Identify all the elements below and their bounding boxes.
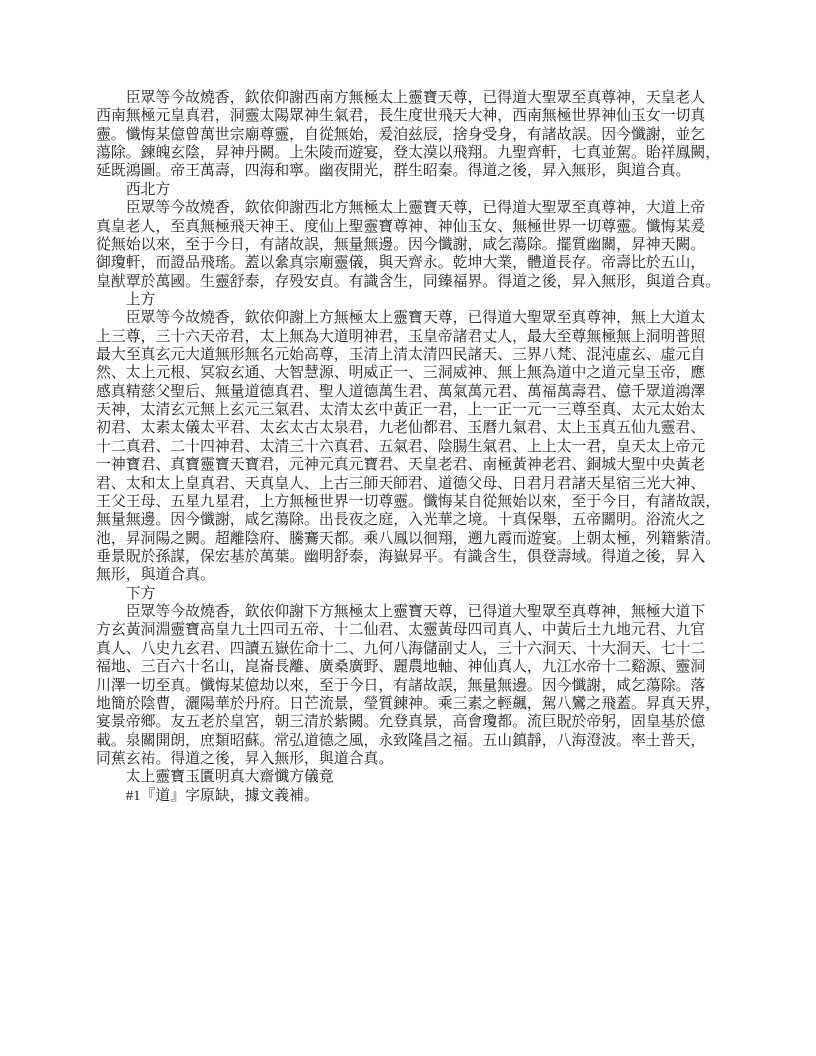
text-line: 王父王母、五星九星君，上方無極世界一切尊靈。懺悔某自從無始以來，至于今日，有諸故… bbox=[96, 493, 720, 511]
text-line: 垂景貺於孫謀，保宏基於萬葉。幽明舒泰，海嶽昇平。有識含生，俱登壽域。得道之後，昇… bbox=[96, 548, 720, 566]
document-text: 臣眾等今故燒香，欽依仰謝西南方無極太上靈寶天尊，已得道大聖眾至真尊神，天皇老人西… bbox=[96, 89, 720, 805]
text-line: 無形，與道合真。 bbox=[96, 566, 720, 584]
text-line: 君、太和太上皇真君、天真皇人、上古三師天師君、道德父母、日君月君諸天星宿三光大神… bbox=[96, 475, 720, 493]
text-line: 蕩除。鍊魄玄陰，昇神丹闕。上朱陵而遊宴，登太漠以飛翔。九聖齊軒，七真並駕。貽祥鳳… bbox=[96, 144, 720, 162]
text-line: 載。泉關開朗，庶類昭蘇。常弘道德之風，永致隆昌之福。五山鎮靜，八海澄波。率土普天… bbox=[96, 732, 720, 750]
text-line: 初君、太素太儀太平君、太玄太古太泉君，九老仙都君、玉曆九氣君、太上玉真五仙九靈君… bbox=[96, 419, 720, 437]
text-line: 川澤一切至真。懺悔某億劫以來，至于今日，有諸故誤，無量無邊。因今懺謝，咸乞蕩除。… bbox=[96, 677, 720, 695]
text-line: 宴景帝鄉。友五老於皇宮，朝三清於紫闕。允登真景，高會瓊都。流巨貺於帝躬，固皇基於… bbox=[96, 713, 720, 731]
document-page: 臣眾等今故燒香，欽依仰謝西南方無極太上靈寶天尊，已得道大聖眾至真尊神，天皇老人西… bbox=[0, 0, 816, 1056]
text-line: 御瓊軒，而證品飛瑤。蓋以絫真宗廟靈儀，與天齊永。乾坤大業，體道長存。帝壽比於五山… bbox=[96, 254, 720, 272]
text-line: 臣眾等今故燒香，欽依仰謝西南方無極太上靈寶天尊，已得道大聖眾至真尊神，天皇老人 bbox=[96, 89, 720, 107]
text-line: 從無始以來，至于今日，有諸故誤，無量無邊。因今懺謝，咸乞蕩除。擺質幽關，昇神天闕… bbox=[96, 236, 720, 254]
text-line: 池，昇洞陽之闕。超離陰府、騰鶱天都。乘八鳳以徊翔，遡九霞而遊宴。上朝太極，列籍紫… bbox=[96, 530, 720, 548]
text-line: 然、太上元根、冥寂玄通、大智慧源、明威正一、三洞威神、無上無為道中之道元皇玉帝，… bbox=[96, 364, 720, 382]
text-line: 無量無邊。因今懺謝，咸乞蕩除。出長夜之庭，入光華之境。十真保舉，五帝關明。浴流火… bbox=[96, 511, 720, 529]
text-line: 天神，太清玄元無上玄元三氣君、太清太玄中黃正一君，上一正一元一三尊至真、太元太始… bbox=[96, 401, 720, 419]
text-line: 靈。懺悔某億曾萬世宗廟尊靈，自從無始，爰洎兹辰，捨身受身，有諸故誤。因今懺謝，並… bbox=[96, 126, 720, 144]
text-line: 皇猷覃於萬國。生靈舒泰，存殁安貞。有識含生，同臻福界。得道之後，昇入無形，與道合… bbox=[96, 273, 720, 291]
section-heading: 上方 bbox=[96, 291, 720, 309]
text-line: 同蕉玄祐。得道之後，昇入無形，與道合真。 bbox=[96, 750, 720, 768]
text-line: 感真精慈父聖后、無量道德真君、聖人道德萬生君、萬氣萬元君、萬福萬壽君、億千眾道鴻… bbox=[96, 383, 720, 401]
text-line: 臣眾等今故燒香，欽依仰謝西北方無極太上靈寶天尊，已得道大聖眾至真尊神，大道上帝 bbox=[96, 199, 720, 217]
text-line: 西南無極元皇真君，洞靈太陽眾神生氣君，長生度世飛天大神，西南無極世界神仙玉女一切… bbox=[96, 107, 720, 125]
text-line: 福地、三百六十名山，崑崙長離、廣桑廣野、麗農地軸、神仙真人，九江水帝十二谿源、靈… bbox=[96, 658, 720, 676]
closing-title: 太上靈寶玉匱明真大齋懺方儀竟 bbox=[96, 768, 720, 786]
text-line: 最大至真玄元大道無形無名元始高尊，玉清上清太清四民諸天、三界八梵、混沌虛玄、虛元… bbox=[96, 346, 720, 364]
text-line: 十二真君、二十四神君、太清三十六真君、五氣君、陰腸生氣君、上上太一君，皇天太上帝… bbox=[96, 438, 720, 456]
text-line: 延既鴻圖。帝王萬壽，四海和寧。幽夜開光，群生昭秦。得道之後，昇入無形，與道合真。 bbox=[96, 162, 720, 180]
text-line: 臣眾等今故燒香，欽依仰謝上方無極太上靈寶天尊，已得道大聖眾至真尊神，無上大道太 bbox=[96, 309, 720, 327]
section-heading: 西北方 bbox=[96, 181, 720, 199]
editorial-note: #1『道』字原缺，據文義補。 bbox=[96, 787, 720, 805]
text-line: 地簡於陰曹，灑陽華於丹府。日芒流景，瑩質鍊神。乘三素之輕飆，駕八鸞之飛蓋。昇真天… bbox=[96, 695, 720, 713]
section-heading: 下方 bbox=[96, 585, 720, 603]
text-line: 真皇老人，至真無極飛天神王、度仙上聖靈寶尊神、神仙玉女、無極世界一切尊靈。懺悔某… bbox=[96, 218, 720, 236]
text-line: 真人、八史九玄君、四讀五嶽佐命十二、九何八海儲副丈人，三十六洞天、十大洞天、七十… bbox=[96, 640, 720, 658]
text-line: 上三尊，三十六天帝君，太上無為大道明神君，玉皇帝諸君丈人，最大至尊無極無上洞明普… bbox=[96, 328, 720, 346]
text-line: 一神寶君、真寶靈寶天寶君，元神元真元寶君、天皇老君、南極黃神老君、銅城大聖中央黃… bbox=[96, 456, 720, 474]
text-line: 方玄黃洞淵靈寶高皇九土四司五帝、十二仙君、太靈黃母四司真人、中黃后土九地元君、九… bbox=[96, 621, 720, 639]
text-line: 臣眾等今故燒香，欽依仰謝下方無極太上靈寶天尊，已得道大聖眾至真尊神，無極大道下 bbox=[96, 603, 720, 621]
